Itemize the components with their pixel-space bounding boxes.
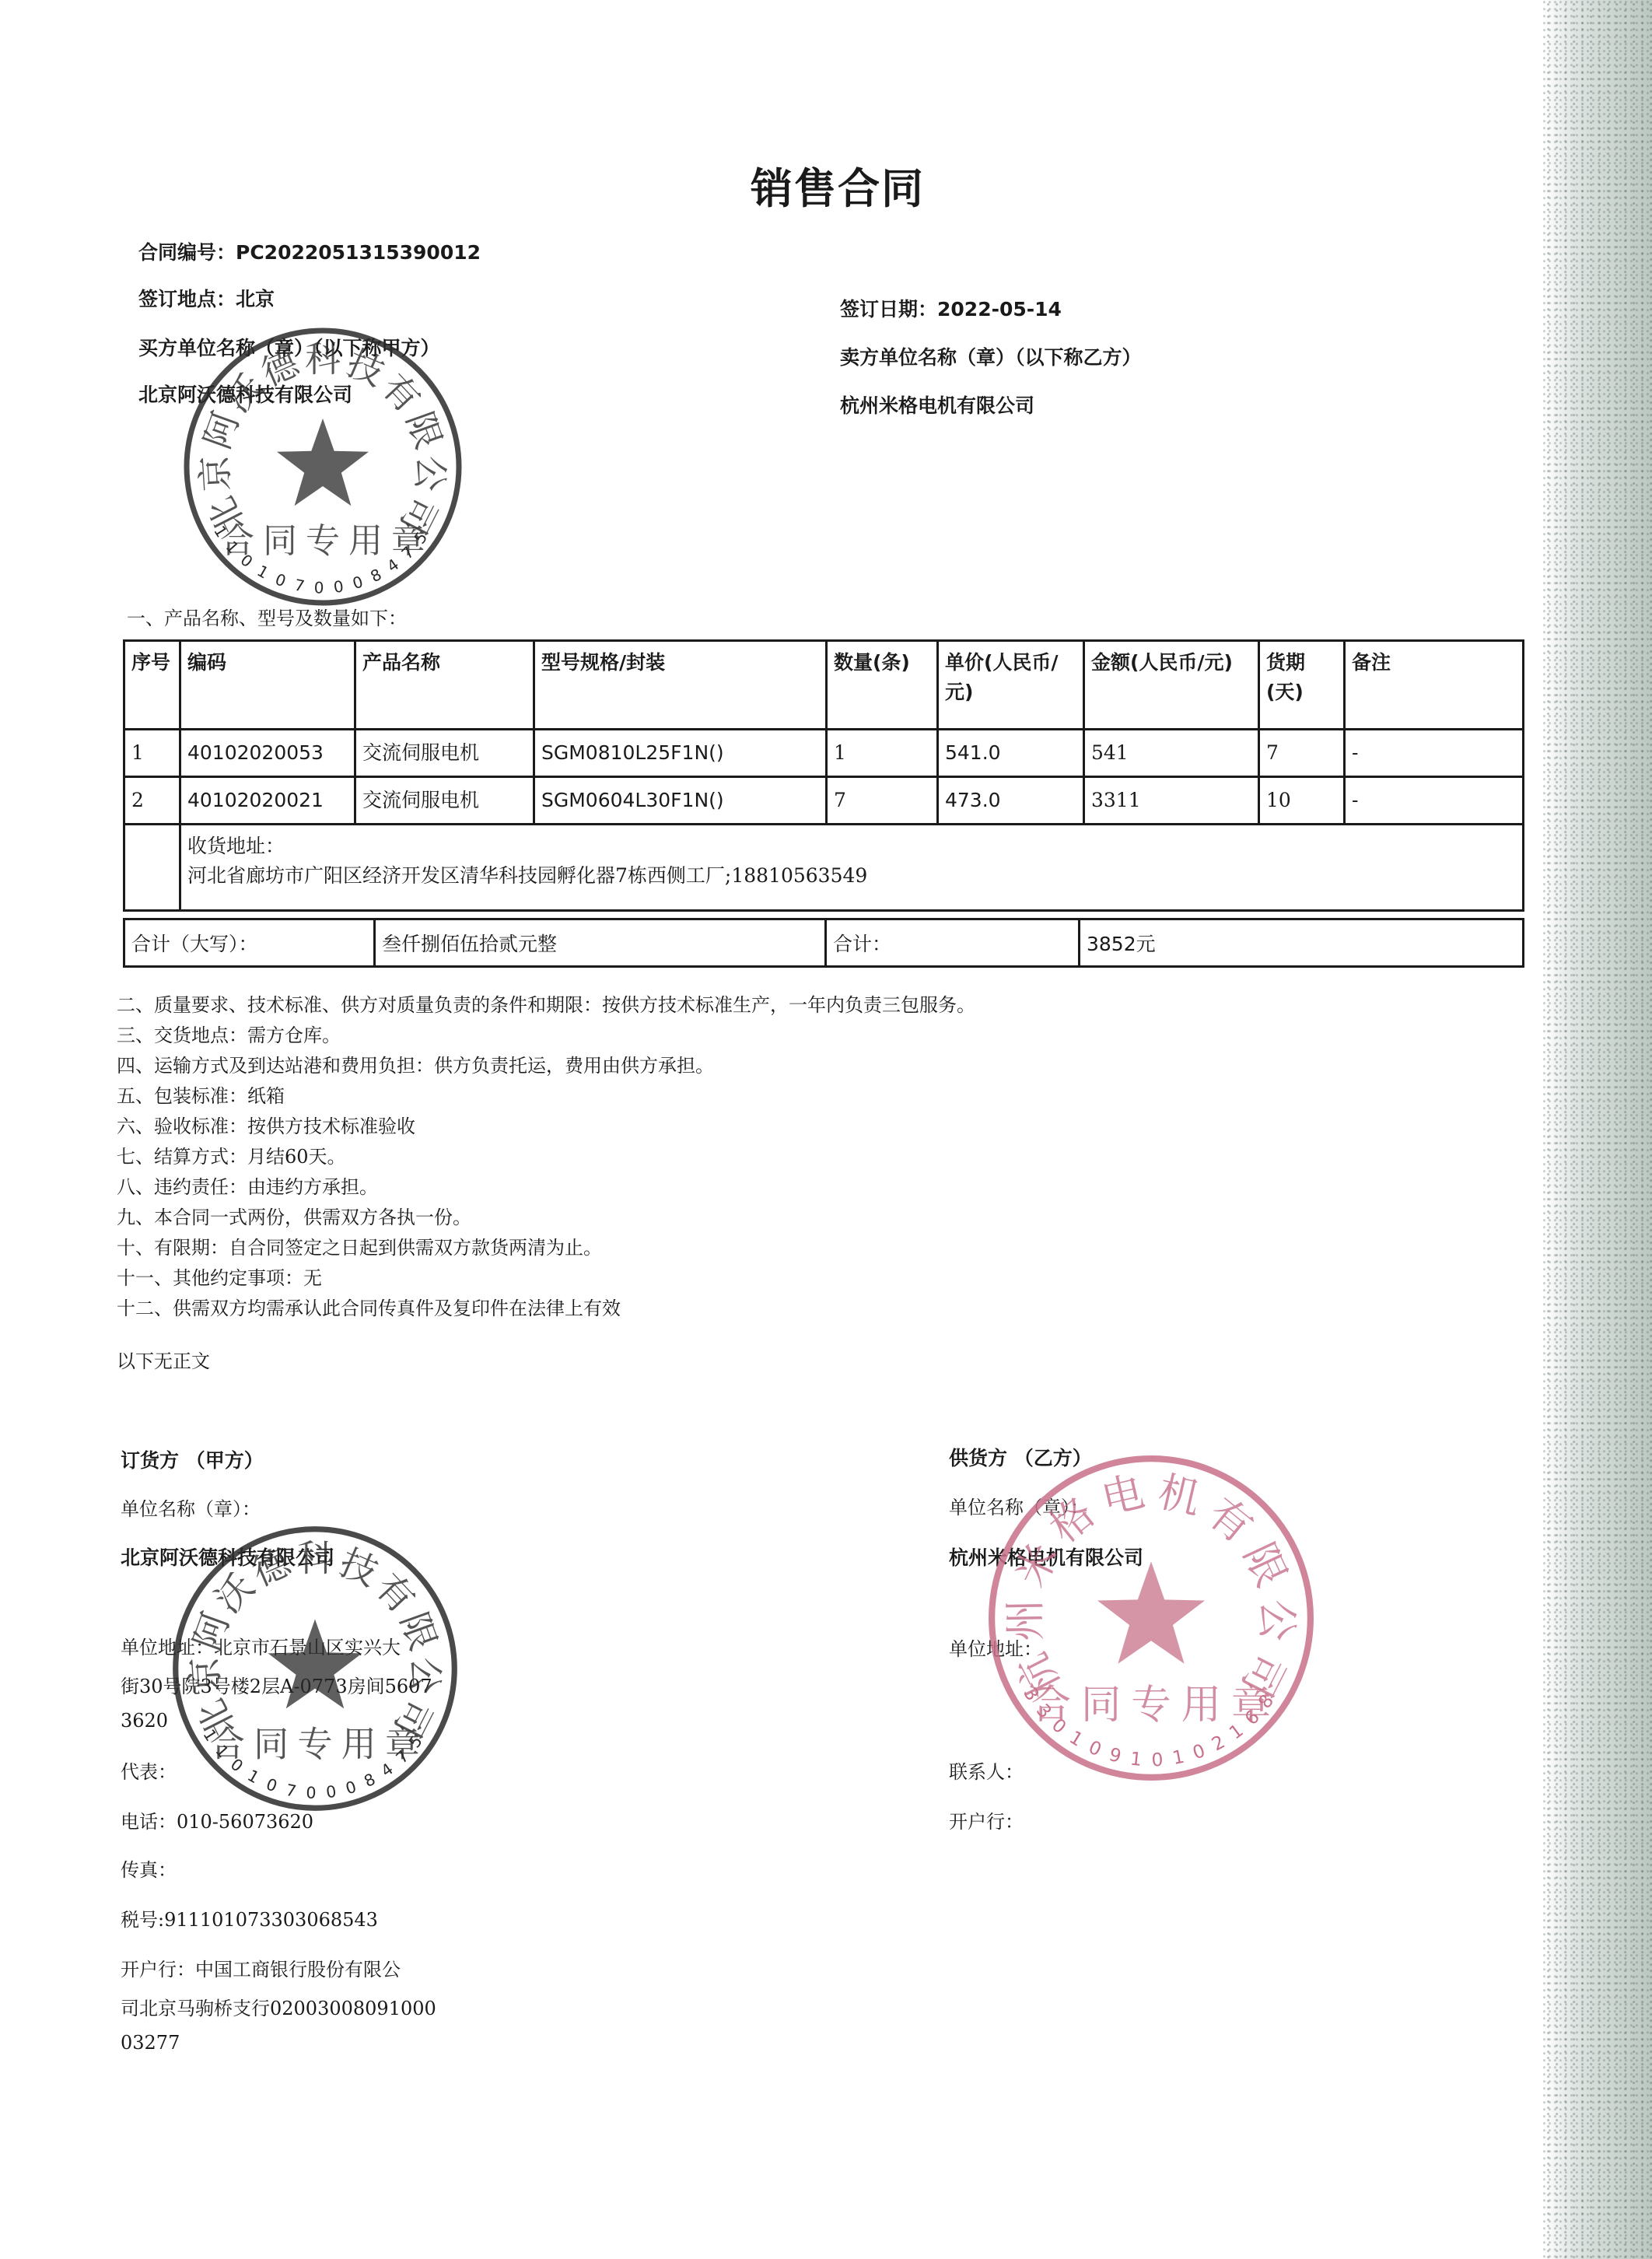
buyer-name: 北京阿沃德科技有限公司	[138, 380, 352, 408]
svg-text:0: 0	[227, 1755, 247, 1776]
clause-line: 五、包装标准：纸箱	[117, 1080, 285, 1108]
column-header: 金额(人民币/元)	[1084, 641, 1259, 730]
svg-text:2: 2	[1208, 1731, 1228, 1756]
clause-line: 八、违约责任：由违约方承担。	[117, 1172, 378, 1199]
svg-text:有: 有	[1199, 1488, 1262, 1553]
svg-text:合: 合	[220, 521, 254, 561]
seller-seal: 杭州米格电机有限公司合同专用章33010910102168	[964, 1435, 1338, 1801]
delivery-address-value: 河北省廊坊市广阳区经济开发区清华科技园孵化器7栋西侧工厂;18810563549	[187, 861, 1516, 891]
column-header: 产品名称	[355, 641, 534, 730]
seller-unit-name-label: 单位名称（章）：	[949, 1492, 1089, 1519]
buyer-bank-line-2: 司北京马驹桥支行02003008091000	[121, 1993, 436, 2020]
svg-text:0: 0	[264, 1774, 280, 1795]
svg-text:公: 公	[408, 454, 453, 492]
totals-table: 合计（大写）： 叁仟捌佰伍拾贰元整 合计： 3852元	[123, 918, 1524, 968]
svg-text:0: 0	[325, 1782, 338, 1802]
seller-bank-label: 开户行：	[949, 1806, 1024, 1833]
svg-text:0: 0	[313, 578, 324, 597]
svg-text:1: 1	[1225, 1719, 1248, 1743]
svg-text:5: 5	[410, 528, 431, 547]
svg-text:沃: 沃	[207, 1566, 263, 1622]
svg-text:4: 4	[383, 555, 402, 576]
table-cell: 40102020021	[180, 777, 355, 825]
table-cell: 3311	[1084, 777, 1259, 825]
clause-line: 六、验收标准：按供方技术标准验收	[117, 1111, 415, 1138]
svg-text:司: 司	[385, 1692, 439, 1744]
table-cell: 541	[1084, 730, 1259, 777]
svg-text:合: 合	[1031, 1682, 1071, 1728]
svg-text:京: 京	[193, 454, 237, 492]
seller-block-heading: 供货方 （乙方）	[949, 1443, 1092, 1471]
svg-text:7: 7	[285, 1781, 298, 1801]
svg-text:章: 章	[1231, 1682, 1272, 1728]
svg-text:有: 有	[374, 366, 429, 420]
scan-paper-edge	[1543, 0, 1652, 2259]
svg-text:1: 1	[1171, 1746, 1186, 1769]
svg-text:有: 有	[366, 1566, 422, 1622]
buyer-unit-name-label: 单位名称（章）：	[121, 1494, 261, 1521]
seller-unit-name: 杭州米格电机有限公司	[949, 1543, 1143, 1571]
column-header: 单价(人民币/元)	[938, 641, 1084, 730]
table-cell: 10	[1259, 777, 1345, 825]
buyer-label: 买方单位名称（章）（以下称甲方）	[138, 333, 440, 361]
table-cell: 541.0	[938, 730, 1084, 777]
document-title: 销售合同	[751, 156, 925, 215]
svg-text:北: 北	[190, 1692, 244, 1744]
table-row: 240102020021交流伺服电机SGM0604L30F1N()7473.03…	[124, 777, 1524, 825]
delivery-address-label: 收货地址：	[187, 832, 1516, 861]
svg-text:用: 用	[1181, 1682, 1222, 1728]
buyer-fax: 传真：	[121, 1854, 177, 1882]
delivery-address-cell: 收货地址： 河北省廊坊市广阳区经济开发区清华科技园孵化器7栋西侧工厂;18810…	[180, 825, 1524, 911]
svg-text:限: 限	[1234, 1536, 1297, 1594]
seller-name: 杭州米格电机有限公司	[840, 391, 1034, 419]
svg-text:1: 1	[1129, 1748, 1143, 1770]
svg-text:0: 0	[1190, 1739, 1208, 1763]
buyer-unit-name: 北京阿沃德科技有限公司	[121, 1543, 334, 1571]
buyer-address-line-3: 3620	[121, 1710, 168, 1732]
table-cell: 7	[827, 777, 938, 825]
column-header: 货期(天)	[1259, 641, 1345, 730]
table-cell: SGM0810L25F1N()	[534, 730, 827, 777]
table-cell: 1	[124, 730, 180, 777]
sign-date-value: 2022-05-14	[937, 298, 1062, 320]
buyer-phone: 电话：010-56073620	[121, 1806, 313, 1833]
column-header: 编码	[180, 641, 355, 730]
svg-text:阿: 阿	[195, 406, 247, 454]
svg-text:0: 0	[350, 573, 365, 594]
table-cell: 7	[1259, 730, 1345, 777]
buyer-block-heading: 订货方 （甲方）	[121, 1445, 264, 1473]
svg-text:0: 0	[273, 569, 289, 590]
svg-text:0: 0	[1086, 1736, 1105, 1761]
sign-date: 签订日期：2022-05-14	[840, 294, 1062, 322]
items-table: 序号编码产品名称型号规格/封装数量(条)单价(人民币/元)金额(人民币/元)货期…	[123, 639, 1524, 912]
svg-text:用: 用	[348, 521, 383, 561]
svg-text:章: 章	[385, 1724, 420, 1765]
section-1-title: 一、产品名称、型号及数量如下：	[127, 603, 407, 630]
buyer-tax-number: 税号:911101073303068543	[121, 1904, 378, 1932]
column-header: 数量(条)	[827, 641, 938, 730]
empty-cell	[124, 825, 180, 911]
svg-text:技: 技	[333, 1541, 383, 1595]
svg-text:同: 同	[1081, 1682, 1122, 1728]
svg-text:7: 7	[392, 1746, 412, 1767]
table-cell: 1	[827, 730, 938, 777]
svg-text:1: 1	[1066, 1726, 1087, 1751]
clause-line: 十二、供需双方均需承认此合同传真件及复印件在法律上有效	[117, 1293, 621, 1320]
svg-text:0: 0	[1048, 1714, 1071, 1738]
svg-text:7: 7	[397, 543, 418, 563]
column-header: 型号规格/封装	[534, 641, 827, 730]
svg-text:3: 3	[1019, 1683, 1044, 1705]
seal-icon: 北京阿沃德科技有限公司合同专用章1101070008475	[187, 331, 459, 603]
svg-text:0: 0	[237, 551, 257, 572]
svg-text:司: 司	[1232, 1645, 1295, 1705]
table-row: 140102020053交流伺服电机SGM0810L25F1N()1541.05…	[124, 730, 1524, 777]
svg-text:1: 1	[210, 523, 231, 541]
svg-text:1: 1	[254, 561, 271, 582]
clause-line: 十一、其他约定事项：无	[117, 1263, 322, 1290]
svg-text:1: 1	[199, 1726, 220, 1745]
end-note: 以下无正文	[117, 1346, 210, 1373]
table-cell: -	[1345, 730, 1524, 777]
table-cell: -	[1345, 777, 1524, 825]
svg-text:机: 机	[1153, 1466, 1206, 1524]
svg-text:1: 1	[212, 1741, 233, 1761]
svg-text:章: 章	[391, 521, 425, 561]
table-cell: 40102020053	[180, 730, 355, 777]
svg-text:专: 专	[1131, 1682, 1171, 1728]
table-cell: 2	[124, 777, 180, 825]
svg-text:0: 0	[1151, 1749, 1164, 1771]
svg-text:公: 公	[1252, 1599, 1302, 1641]
svg-text:同: 同	[254, 1724, 289, 1765]
total-value: 3852元	[1080, 919, 1524, 967]
total-label: 合计：	[826, 919, 1080, 967]
svg-text:专: 专	[306, 521, 340, 561]
svg-text:专: 专	[297, 1724, 332, 1765]
svg-text:4: 4	[377, 1760, 397, 1781]
clause-line: 十、有限期：自合同签定之日起到供需双方款货两清为止。	[117, 1232, 602, 1259]
svg-text:7: 7	[293, 576, 306, 596]
svg-text:5: 5	[405, 1732, 426, 1752]
buyer-bank-line-3: 03277	[121, 2032, 180, 2054]
seal-icon: 北京阿沃德科技有限公司合同专用章1101070008475	[176, 1529, 455, 1809]
svg-text:8: 8	[367, 565, 384, 586]
table-header-row: 序号编码产品名称型号规格/封装数量(条)单价(人民币/元)金额(人民币/元)货期…	[124, 641, 1524, 730]
buyer-address-line-1: 单位地址：北京市石景山区实兴大	[121, 1632, 401, 1659]
column-header: 备注	[1345, 641, 1524, 730]
svg-text:3: 3	[1032, 1700, 1056, 1723]
total-upper-label: 合计（大写）：	[124, 919, 375, 967]
contract-number-value: PC2022051315390012	[236, 241, 481, 264]
buyer-bank-line-1: 开户行：中国工商银行股份有限公	[121, 1954, 401, 1981]
svg-text:北: 北	[200, 490, 254, 541]
svg-text:1: 1	[222, 538, 243, 557]
sign-place-label: 签订地点：	[138, 288, 236, 310]
svg-text:9: 9	[1107, 1743, 1124, 1767]
seller-label: 卖方单位名称（章）（以下称乙方）	[840, 342, 1142, 370]
svg-text:1: 1	[244, 1766, 262, 1787]
svg-text:同: 同	[263, 521, 297, 561]
table-cell: SGM0604L30F1N()	[534, 777, 827, 825]
svg-text:限: 限	[398, 406, 450, 454]
seller-contact-label: 联系人：	[949, 1756, 1024, 1784]
svg-text:8: 8	[361, 1770, 378, 1791]
buyer-address-line-2: 街30号院3号楼2层A-0773房间5607	[121, 1671, 432, 1698]
contract-number-label: 合同编号：	[138, 241, 236, 264]
svg-text:0: 0	[332, 576, 345, 596]
sign-place: 签订地点：北京	[138, 284, 275, 312]
svg-text:8: 8	[1254, 1690, 1278, 1713]
clause-line: 四、运输方式及到达站港和费用负担：供方负责托运，费用由供方承担。	[117, 1050, 714, 1077]
total-upper-value: 叁仟捌佰伍拾贰元整	[375, 919, 826, 967]
svg-text:司: 司	[392, 490, 446, 541]
column-header: 序号	[124, 641, 180, 730]
buyer-seal-top: 北京阿沃德科技有限公司合同专用章1101070008475	[163, 319, 482, 615]
buyer-rep: 代表：	[121, 1756, 177, 1784]
svg-text:6: 6	[1241, 1706, 1264, 1729]
table-cell: 交流伺服电机	[355, 730, 534, 777]
clause-line: 三、交货地点：需方仓库。	[117, 1020, 341, 1047]
contract-number: 合同编号：PC2022051315390012	[138, 237, 481, 265]
table-cell: 交流伺服电机	[355, 777, 534, 825]
svg-text:用: 用	[341, 1724, 376, 1765]
svg-text:合: 合	[210, 1724, 245, 1765]
clause-line: 七、结算方式：月结60天。	[117, 1141, 346, 1168]
seller-address-label: 单位地址：	[949, 1634, 1042, 1661]
sign-place-value: 北京	[236, 288, 275, 310]
delivery-address-row: 收货地址： 河北省廊坊市广阳区经济开发区清华科技园孵化器7栋西侧工厂;18810…	[124, 825, 1524, 911]
svg-text:0: 0	[306, 1784, 317, 1802]
svg-text:电: 电	[1097, 1466, 1149, 1524]
svg-text:0: 0	[343, 1777, 358, 1798]
clause-line: 九、本合同一式两份，供需双方各执一份。	[117, 1202, 471, 1229]
table-cell: 473.0	[938, 777, 1084, 825]
sign-date-label: 签订日期：	[840, 298, 937, 320]
clause-line: 二、质量要求、技术标准、供方对质量负责的条件和期限：按供方技术标准生产，一年内负…	[117, 989, 975, 1017]
